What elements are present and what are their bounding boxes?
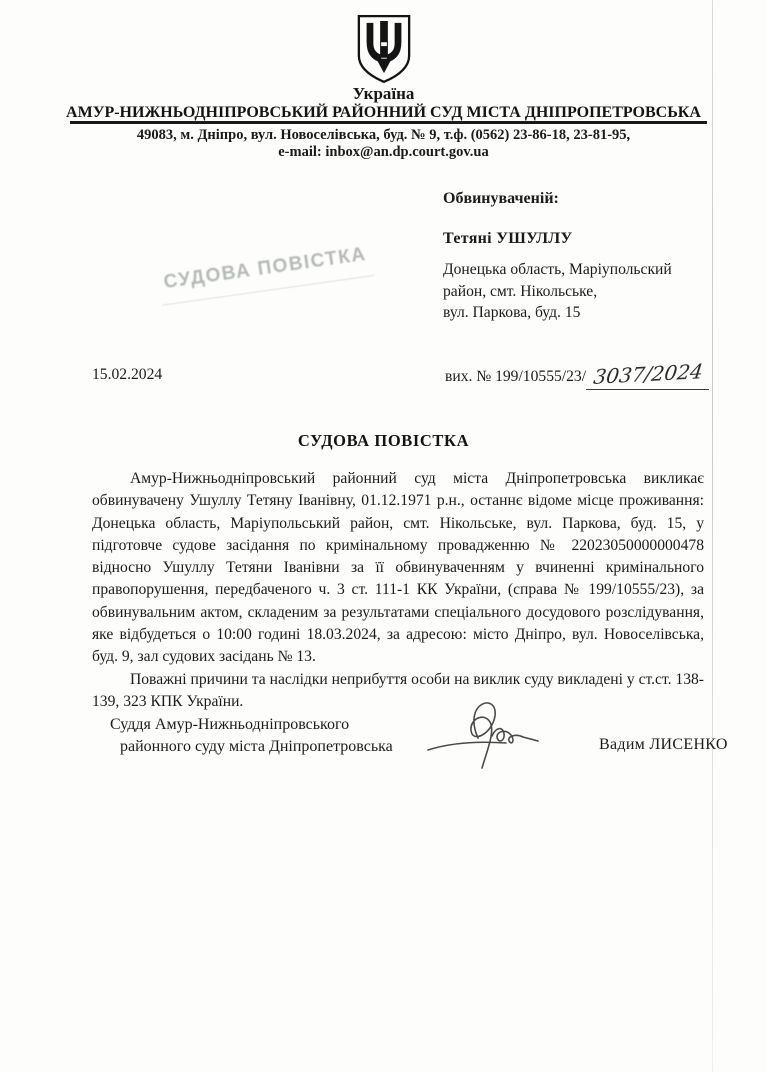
reference-prefix: вих. № 199/10555/23/	[445, 368, 586, 386]
recipient-address-line1: Донецька область, Маріупольский	[443, 259, 672, 281]
court-email: e-mail: inbox@an.dp.court.gov.ua	[0, 144, 767, 161]
recipient-address-line3: вул. Паркова, буд. 15	[443, 302, 672, 324]
handwritten-reference-number: 3037/2024	[592, 359, 704, 389]
judge-title-line2: районного суду міста Дніпропетровська	[110, 736, 393, 758]
outgoing-reference: вих. № 199/10555/23/ 3037/2024	[445, 362, 709, 390]
recipient-address: Донецька область, Маріупольский район, с…	[443, 259, 672, 324]
country-label: Україна	[0, 84, 767, 104]
judge-title-block: Суддя Амур-Нижньодніпровського районного…	[110, 714, 393, 758]
judge-title-line1: Суддя Амур-Нижньодніпровського	[110, 714, 393, 736]
document-title: СУДОВА ПОВІСТКА	[0, 431, 767, 451]
body-paragraph-1: Амур-Нижньодніпровський районний суд міс…	[92, 468, 704, 669]
reference-underline: 3037/2024	[586, 362, 709, 390]
recipient-name: Тетяні УШУЛЛУ	[443, 230, 573, 248]
court-summons-document: Україна АМУР-НИЖНЬОДНІПРОВСЬКИЙ РАЙОННИЙ…	[0, 0, 767, 1072]
judge-name: Вадим ЛИСЕНКО	[599, 736, 728, 754]
header-divider	[70, 121, 707, 124]
document-date: 15.02.2024	[92, 366, 162, 384]
document-body: Амур-Нижньодніпровський районний суд міс…	[92, 468, 704, 713]
court-name: АМУР-НИЖНЬОДНІПРОВСЬКИЙ РАЙОННИЙ СУД МІС…	[0, 104, 767, 122]
court-address: 49083, м. Дніпро, вул. Новоселівська, бу…	[0, 127, 767, 144]
judge-signature	[422, 692, 547, 774]
body-paragraph-2: Поважні причини та наслідки неприбуття о…	[92, 669, 704, 714]
recipient-role-label: Обвинуваченій:	[443, 190, 559, 208]
recipient-address-line2: район, смт. Нікольське,	[443, 281, 672, 303]
court-summons-stamp: СУДОВА ПОВІСТКА	[156, 237, 374, 306]
ukraine-trident-emblem	[355, 13, 413, 85]
